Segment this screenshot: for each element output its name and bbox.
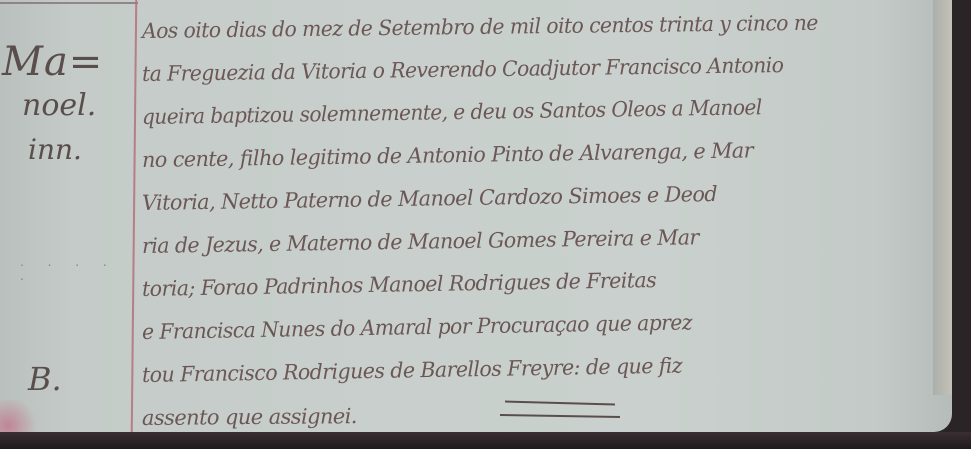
binding-shadow <box>0 432 971 449</box>
page-edge <box>933 0 952 395</box>
margin-baptism-mark: B. <box>28 360 62 398</box>
manuscript-page: Ma= noel. inn. . . . . . B. Aos oito dia… <box>0 0 952 432</box>
margin-name-line-3: inn. <box>2 128 132 172</box>
ink-stain <box>0 400 40 432</box>
margin-child-name: Ma= noel. inn. <box>2 40 132 172</box>
margin-faded-marks: . . . . . <box>20 255 133 283</box>
margin-column: Ma= noel. inn. . . . . . B. <box>0 0 133 432</box>
margin-name-line-1: Ma= <box>2 40 132 84</box>
entry-body: Aos oito dias do mez de Setembro de mil … <box>142 10 968 440</box>
margin-name-line-2: noel. <box>2 84 132 128</box>
